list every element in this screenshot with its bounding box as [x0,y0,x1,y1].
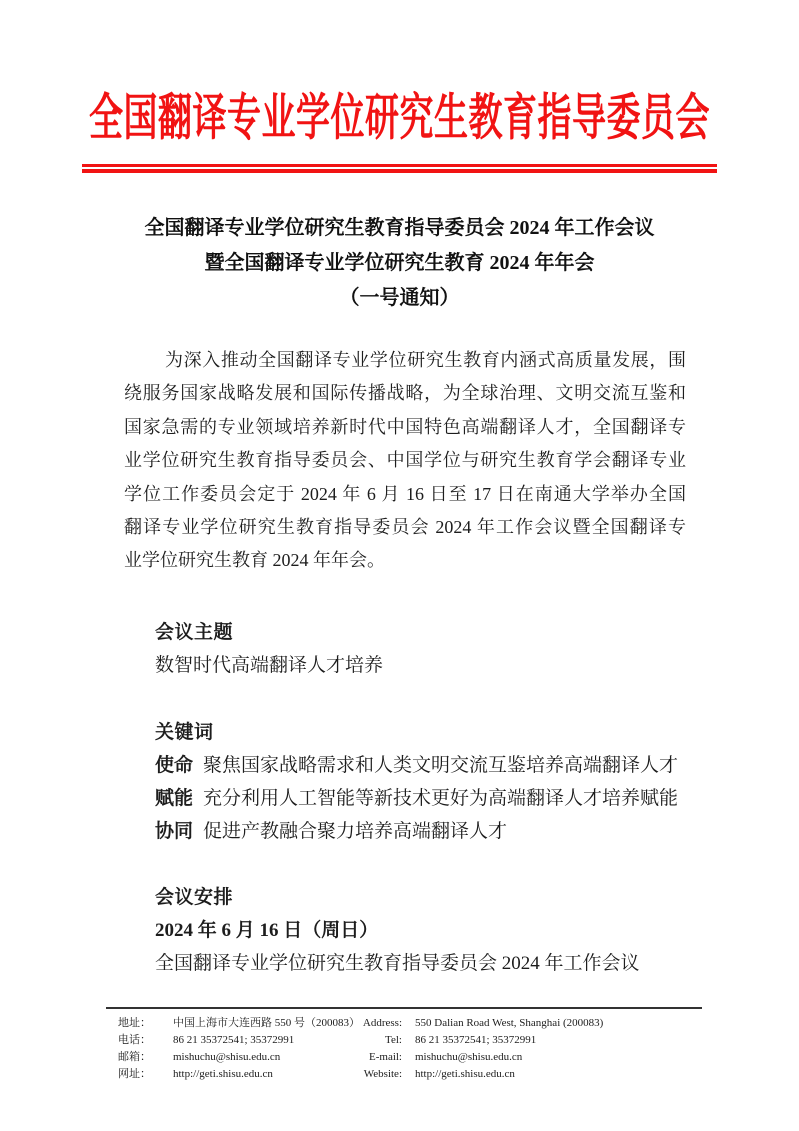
paragraph-line: 国家急需的专业领域培养新时代中国特色高端翻译人才，全国翻译专 [124,411,686,444]
footer-cn-tel-label: 电话： [118,1032,173,1049]
footer-cn-address-value: 中国上海市大连西路 550 号（200083） [173,1015,352,1032]
keyword-row: 赋能充分利用人工智能等新技术更好为高端翻译人才培养赋能 [155,782,689,815]
doc-title-line-1: 全国翻译专业学位研究生教育指导委员会 2024 年工作会议 [0,211,799,246]
section-theme: 会议主题 数智时代高端翻译人才培养 [155,616,689,682]
footer-en-address-label: Address: [352,1015,402,1032]
footer-en-email-label: E-mail: [352,1049,402,1066]
footer-row-email: 邮箱： mishuchu@shisu.edu.cn E-mail: mishuc… [106,1049,702,1066]
footer-en-address-value: 550 Dalian Road West, Shanghai (200083) [402,1015,702,1032]
footer-cn-email-label: 邮箱： [118,1049,173,1066]
keyword-row: 使命聚焦国家战略需求和人类文明交流互鉴培养高端翻译人才 [155,749,689,782]
keywords-heading: 关键词 [155,716,689,749]
keyword-term: 赋能 [155,788,193,809]
agenda-event: 全国翻译专业学位研究生教育指导委员会 2024 年工作会议 [155,947,689,980]
keyword-desc: 聚焦国家战略需求和人类文明交流互鉴培养高端翻译人才 [203,755,678,776]
footer-row-tel: 电话： 86 21 35372541; 35372991 Tel: 86 21 … [106,1032,702,1049]
keyword-row: 协同促进产教融合聚力培养高端翻译人才 [155,815,689,848]
footer-en-tel-value: 86 21 35372541; 35372991 [402,1032,702,1049]
footer-en-email-value: mishuchu@shisu.edu.cn [402,1049,702,1066]
footer-en-website-value: http://geti.shisu.edu.cn [402,1066,702,1083]
footer-en-website-label: Website: [352,1066,402,1083]
paragraph-line: 翻译专业学位研究生教育指导委员会 2024 年工作会议暨全国翻译专 [124,511,686,544]
footer-cn-website-value: http://geti.shisu.edu.cn [173,1066,352,1083]
theme-content: 数智时代高端翻译人才培养 [155,649,689,682]
paragraph-line: 为深入推动全国翻译专业学位研究生教育内涵式高质量发展，围 [124,344,686,377]
theme-heading: 会议主题 [155,616,689,649]
footer-en-tel-label: Tel: [352,1032,402,1049]
footer-cn-tel-value: 86 21 35372541; 35372991 [173,1032,352,1049]
doc-title: 全国翻译专业学位研究生教育指导委员会 2024 年工作会议 暨全国翻译专业学位研… [0,211,799,316]
paragraph-line: 业学位研究生教育 2024 年年会。 [124,544,686,577]
footer-row-website: 网址： http://geti.shisu.edu.cn Website: ht… [106,1066,702,1083]
letterhead-divider-line [82,164,717,173]
section-keywords: 关键词 使命聚焦国家战略需求和人类文明交流互鉴培养高端翻译人才 赋能充分利用人工… [155,716,689,848]
letterhead-org-name: 全国翻译专业学位研究生教育指导委员会 [0,92,799,148]
agenda-date: 2024 年 6 月 16 日（周日） [155,914,689,947]
paragraph-line: 业学位研究生教育指导委员会、中国学位与研究生教育学会翻译专业 [124,444,686,477]
org-name-text: 全国翻译专业学位研究生教育指导委员会 [89,79,710,161]
paragraph-line: 学位工作委员会定于 2024 年 6 月 16 日至 17 日在南通大学举办全国 [124,478,686,511]
section-agenda: 会议安排 2024 年 6 月 16 日（周日） 全国翻译专业学位研究生教育指导… [155,881,689,980]
keyword-desc: 促进产教融合聚力培养高端翻译人才 [203,821,507,842]
footer-contact-block: 地址： 中国上海市大连西路 550 号（200083） Address: 550… [106,1007,702,1083]
body-paragraph: 为深入推动全国翻译专业学位研究生教育内涵式高质量发展，围 绕服务国家战略发展和国… [124,344,686,578]
paragraph-line: 绕服务国家战略发展和国际传播战略，为全球治理、文明交流互鉴和 [124,377,686,410]
document-page: 全国翻译专业学位研究生教育指导委员会 全国翻译专业学位研究生教育指导委员会 20… [0,0,799,1131]
keyword-term: 使命 [155,755,193,776]
footer-row-address: 地址： 中国上海市大连西路 550 号（200083） Address: 550… [106,1015,702,1032]
agenda-heading: 会议安排 [155,881,689,914]
keyword-term: 协同 [155,821,193,842]
footer-cn-address-label: 地址： [118,1015,173,1032]
keyword-desc: 充分利用人工智能等新技术更好为高端翻译人才培养赋能 [203,788,678,809]
doc-title-line-2: 暨全国翻译专业学位研究生教育 2024 年年会 [0,246,799,281]
footer-cn-email-value: mishuchu@shisu.edu.cn [173,1049,352,1066]
footer-cn-website-label: 网址： [118,1066,173,1083]
doc-title-line-3: （一号通知） [0,281,799,316]
